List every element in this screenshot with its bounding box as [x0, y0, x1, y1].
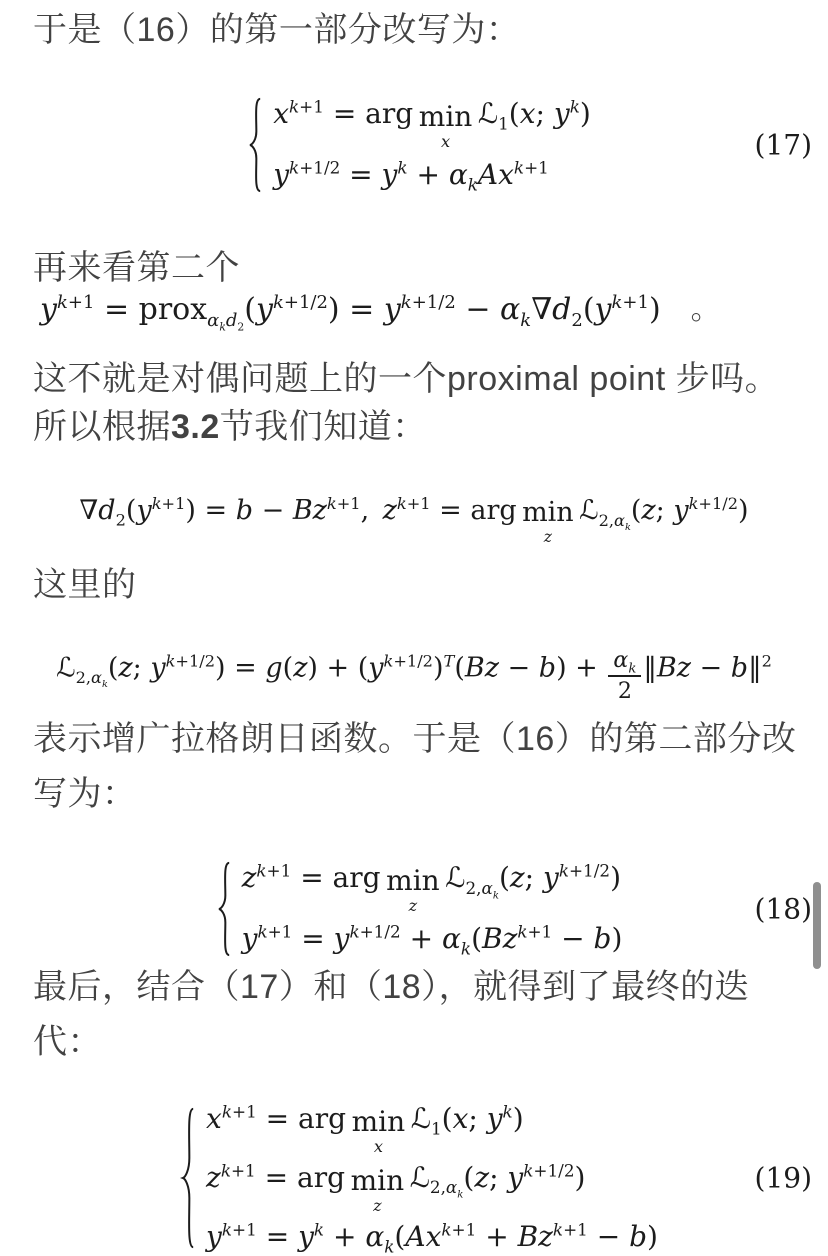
scrollbar-thumb[interactable]	[813, 882, 821, 969]
eq19-line1: xk+1 = arg minx ℒ1(x; yk)	[206, 1101, 524, 1155]
equation-19: xk+1 = arg minx ℒ1(x; yk) zk+1 = arg min…	[0, 1103, 828, 1253]
equation-number-17: (17)	[755, 129, 812, 162]
paragraph-second-part-intro: 再来看第二个	[33, 241, 798, 296]
equation-17: xk+1 = arg minx ℒ1(x; yk) yk+1/2 = yk + …	[0, 94, 828, 196]
equation-18: zk+1 = arg minz ℒ2,αk(z; yk+1/2) yk+1 = …	[0, 858, 828, 960]
equation-number-19: (19)	[755, 1162, 812, 1195]
gradient-equation-body: ∇d2(yk+1) = b − Bzk+1, zk+1 = arg minz ℒ…	[79, 493, 748, 545]
left-brace-icon	[216, 861, 233, 957]
paragraph-here: 这里的	[33, 558, 798, 613]
equation-number-18: (18)	[755, 893, 812, 926]
lagrangian-equation: ℒ2,αk(z; yk+1/2) = g(z) + (yk+1/2)T(Bz −…	[0, 636, 828, 716]
eq18-line2: yk+1 = yk+1/2 + αk(Bzk+1 − b)	[242, 921, 623, 957]
eq19-line2: zk+1 = arg minz ℒ2,αk(z; yk+1/2)	[206, 1160, 585, 1214]
article-page: 于是（16）的第一部分改写为： xk+1 = arg minx ℒ1(x; yk…	[0, 0, 828, 1256]
paragraph-final-iteration: 最后，结合（17）和（18），就得到了最终的迭代：	[33, 960, 798, 1070]
eq17-line2: yk+1/2 = yk + αkAxk+1	[273, 157, 549, 193]
gradient-equation: ∇d2(yk+1) = b − Bzk+1, zk+1 = arg minz ℒ…	[0, 486, 828, 552]
eq19-line3: yk+1 = yk + αk(Axk+1 + Bzk+1 − b)	[206, 1219, 658, 1255]
paragraph-rewrite-second-part: 表示增广拉格朗日函数。于是（16）的第二部分改写为：	[33, 712, 798, 822]
eq18-line1: zk+1 = arg minz ℒ2,αk(z; yk+1/2)	[242, 860, 621, 914]
equation-17-cases: xk+1 = arg minx ℒ1(x; yk) yk+1/2 = yk + …	[247, 96, 591, 193]
equation-18-cases: zk+1 = arg minz ℒ2,αk(z; yk+1/2) yk+1 = …	[216, 860, 623, 957]
equation-19-cases: xk+1 = arg minx ℒ1(x; yk) zk+1 = arg min…	[180, 1101, 658, 1255]
left-brace-icon	[247, 97, 264, 193]
left-brace-icon	[180, 1106, 197, 1250]
paragraph-section-3-2: 所以根据3.2节我们知道：	[33, 400, 798, 455]
paragraph-proximal-point: 这不就是对偶问题上的一个proximal point 步吗。	[33, 352, 798, 407]
prox-inline-equation: yk+1 = proxαkd2(yk+1/2) = yk+1/2 − αk∇d2…	[40, 292, 721, 328]
lagrangian-equation-body: ℒ2,αk(z; yk+1/2) = g(z) + (yk+1/2)T(Bz −…	[56, 649, 772, 703]
paragraph-rewrite-first-part: 于是（16）的第一部分改写为：	[33, 3, 798, 58]
eq17-line1: xk+1 = arg minx ℒ1(x; yk)	[273, 96, 591, 150]
